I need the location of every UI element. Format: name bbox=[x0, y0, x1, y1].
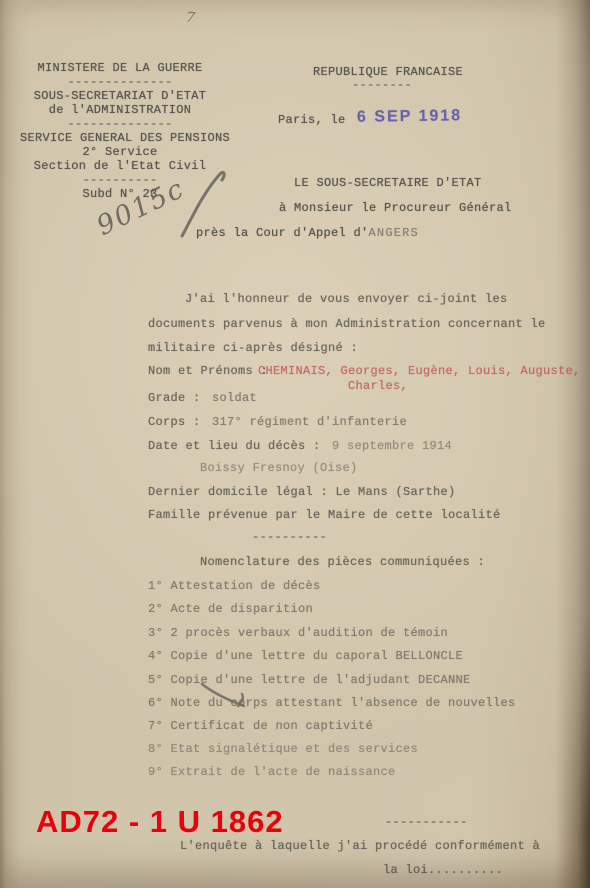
death-label: Date et lieu du décès : bbox=[148, 440, 321, 453]
list-item: 8° Etat signalétique et des services bbox=[148, 743, 418, 756]
dashed-separator: ---------- bbox=[252, 531, 327, 544]
dashed-separator: -------------- bbox=[20, 76, 220, 89]
dashed-separator: -------------- bbox=[20, 118, 220, 131]
list-item: 3° 2 procès verbaux d'audition de témoin bbox=[148, 627, 448, 640]
administration-line: de l'ADMINISTRATION bbox=[20, 104, 220, 117]
place-date-line: Paris, le bbox=[278, 114, 346, 127]
date-stamp: 6 SEP 1918 bbox=[357, 107, 462, 126]
nomenclature-title: Nomenclature des pièces communiquées : bbox=[200, 556, 485, 569]
closing-line-1: L'enquête à laquelle j'ai procédé confor… bbox=[180, 840, 540, 853]
pencil-strike-mark bbox=[198, 682, 248, 710]
dashed-separator: ----------- bbox=[385, 816, 468, 829]
list-item: 1° Attestation de décès bbox=[148, 580, 321, 593]
body-paragraph-line-3: militaire ci-après désigné : bbox=[148, 342, 358, 355]
court-line: près la Cour d'Appel d'ANGERS bbox=[196, 227, 419, 240]
list-item: 7° Certificat de non captivité bbox=[148, 720, 373, 733]
service-pensions-line: SERVICE GENERAL DES PENSIONS bbox=[20, 132, 220, 145]
city-stamp: ANGERS bbox=[369, 226, 419, 240]
domicile-line: Dernier domicile légal : Le Mans (Sarthe… bbox=[148, 486, 456, 499]
list-item: 5° Copie d'une lettre de l'adjudant DECA… bbox=[148, 674, 471, 687]
closing-line-2: la loi.......... bbox=[383, 864, 503, 877]
name-value-line-1: CHEMINAIS, Georges, Eugène, Louis, Augus… bbox=[258, 365, 581, 378]
name-value-line-2: Charles, bbox=[348, 380, 408, 393]
service-number-line: 2° Service bbox=[20, 146, 220, 159]
name-label: Nom et Prénoms : bbox=[148, 365, 268, 378]
sous-secretariat-line: SOUS-SECRETARIAT D'ETAT bbox=[20, 90, 220, 103]
archive-reference-watermark: AD72 - 1 U 1862 bbox=[36, 804, 284, 840]
death-value: 9 septembre 1914 bbox=[332, 440, 452, 453]
list-item: 9° Extrait de l'acte de naissance bbox=[148, 766, 396, 779]
ministry-title: MINISTERE DE LA GUERRE bbox=[20, 62, 220, 75]
court-line-prefix: près la Cour d'Appel d' bbox=[196, 226, 369, 240]
scanned-letter-page: 7 MINISTERE DE LA GUERRE -------------- … bbox=[0, 0, 590, 888]
handwritten-page-number: 7 bbox=[185, 10, 196, 27]
dashed-separator: -------- bbox=[352, 79, 412, 92]
family-notified-line: Famille prévenue par le Maire de cette l… bbox=[148, 509, 501, 522]
corps-value: 317° régiment d'infanterie bbox=[212, 416, 407, 429]
body-paragraph-line-2: documents parvenus à mon Administration … bbox=[148, 318, 546, 331]
body-paragraph-line-1: J'ai l'honneur de vous envoyer ci-joint … bbox=[185, 293, 508, 306]
list-item: 2° Acte de disparition bbox=[148, 603, 313, 616]
addressee-line: à Monsieur le Procureur Général bbox=[279, 202, 512, 215]
grade-value: soldat bbox=[212, 392, 257, 405]
corps-label: Corps : bbox=[148, 416, 201, 429]
death-place: Boissy Fresnoy (Oise) bbox=[200, 462, 358, 475]
list-item: 4° Copie d'une lettre du caporal BELLONC… bbox=[148, 650, 463, 663]
sender-title-line: LE SOUS-SECRETAIRE D'ETAT bbox=[294, 177, 482, 190]
grade-label: Grade : bbox=[148, 392, 201, 405]
